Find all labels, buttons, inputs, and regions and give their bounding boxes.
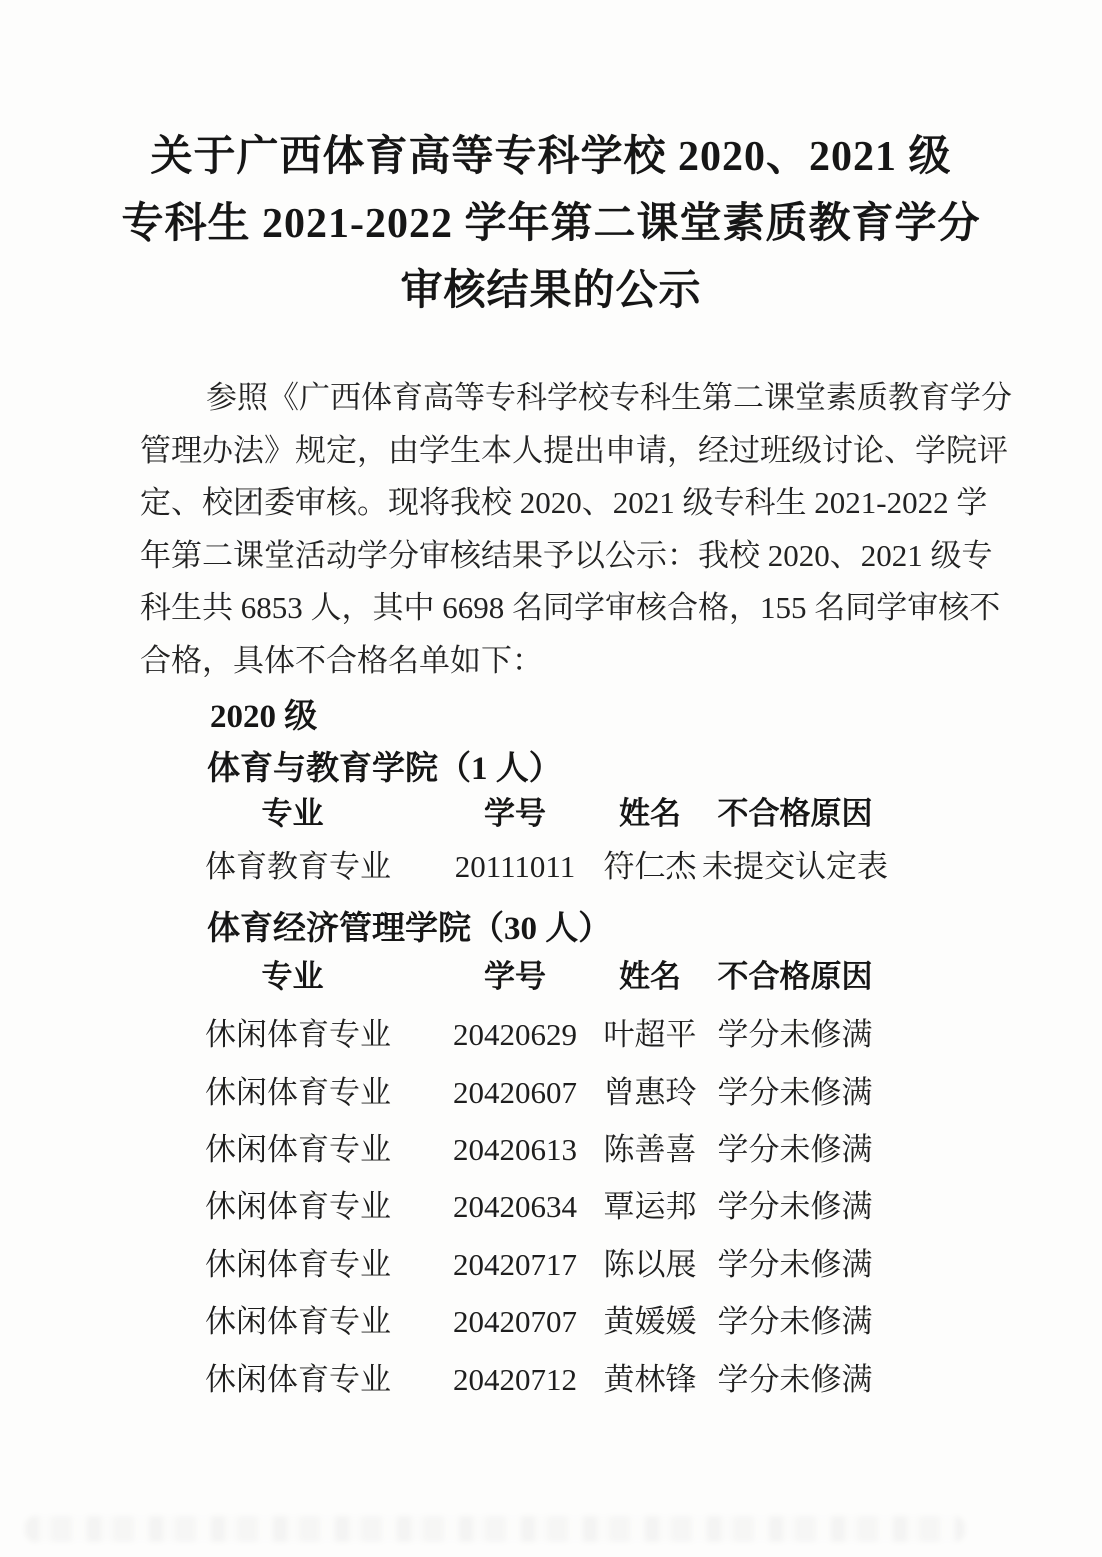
- cell-major: 休闲体育专业: [205, 1246, 430, 1284]
- cell-student-id: 20420613: [430, 1131, 600, 1169]
- table-row: 休闲体育专业 20420707 黄媛媛 学分未修满: [205, 1303, 895, 1341]
- cell-fail-reason: 学分未修满: [700, 1361, 890, 1399]
- cell-name: 黄媛媛: [600, 1303, 700, 1341]
- title-line-2: 专科生 2021-2022 学年第二课堂素质教育学分: [80, 191, 1022, 258]
- table-row: 休闲体育专业 20420717 陈以展 学分未修满: [205, 1246, 895, 1284]
- table1-header-student-id: 学号: [430, 795, 600, 833]
- cell-major: 休闲体育专业: [205, 1074, 430, 1112]
- cell-student-id: 20420607: [430, 1074, 600, 1112]
- table2-header-student-id: 学号: [430, 958, 600, 996]
- cell-major: 休闲体育专业: [205, 1303, 430, 1341]
- table1-header-name: 姓名: [600, 795, 700, 833]
- paragraph-line: 参照《广西体育高等专科学校专科生第二课堂素质教育学分: [140, 372, 985, 425]
- cell-student-id: 20111011: [430, 848, 600, 886]
- table-row: 休闲体育专业 20420607 曾惠玲 学分未修满: [205, 1074, 895, 1112]
- scan-artifact: [25, 1516, 965, 1542]
- cell-student-id: 20420717: [430, 1246, 600, 1284]
- table2-header-fail-reason: 不合格原因: [700, 958, 890, 996]
- table2-header-name: 姓名: [600, 958, 700, 996]
- paragraph-line: 定、校团委审核。现将我校 2020、2021 级专科生 2021-2022 学: [140, 477, 985, 530]
- cell-student-id: 20420629: [430, 1016, 600, 1054]
- cell-major: 休闲体育专业: [205, 1361, 430, 1399]
- table1-header-major: 专业: [205, 795, 430, 833]
- college-heading-sports-economics: 体育经济管理学院（30 人）: [207, 902, 611, 949]
- cell-student-id: 20420707: [430, 1303, 600, 1341]
- table-row: 休闲体育专业 20420629 叶超平 学分未修满: [205, 1016, 895, 1054]
- cell-major: 休闲体育专业: [205, 1131, 430, 1169]
- table1-header-row: 专业 学号 姓名 不合格原因: [205, 795, 895, 833]
- table-row: 体育教育专业 20111011 符仁杰 未提交认定表: [205, 848, 895, 886]
- cell-name: 曾惠玲: [600, 1074, 700, 1112]
- cell-fail-reason: 学分未修满: [700, 1074, 890, 1112]
- cell-name: 陈以展: [600, 1246, 700, 1284]
- cell-name: 符仁杰: [600, 848, 700, 886]
- grade-2020-heading: 2020 级: [210, 690, 317, 737]
- table2-header-major: 专业: [205, 958, 430, 996]
- cell-name: 陈善喜: [600, 1131, 700, 1169]
- cell-major: 体育教育专业: [205, 848, 430, 886]
- cell-fail-reason: 学分未修满: [700, 1246, 890, 1284]
- cell-name: 覃运邦: [600, 1188, 700, 1226]
- paragraph-line: 管理办法》规定，由学生本人提出申请，经过班级讨论、学院评: [140, 425, 985, 478]
- paragraph-line: 合格，具体不合格名单如下：: [140, 635, 985, 688]
- table1-header-fail-reason: 不合格原因: [700, 795, 890, 833]
- cell-name: 叶超平: [600, 1016, 700, 1054]
- cell-student-id: 20420634: [430, 1188, 600, 1226]
- title-line-1: 关于广西体育高等专科学校 2020、2021 级: [80, 124, 1022, 191]
- college-heading-sports-education: 体育与教育学院（1 人）: [207, 742, 562, 789]
- paragraph-line: 科生共 6853 人，其中 6698 名同学审核合格，155 名同学审核不: [140, 582, 985, 635]
- table-row: 休闲体育专业 20420712 黄林锋 学分未修满: [205, 1361, 895, 1399]
- document-title: 关于广西体育高等专科学校 2020、2021 级 专科生 2021-2022 学…: [80, 124, 1022, 325]
- cell-fail-reason: 学分未修满: [700, 1188, 890, 1226]
- cell-fail-reason: 未提交认定表: [700, 848, 890, 886]
- cell-name: 黄林锋: [600, 1361, 700, 1399]
- document-page: 关于广西体育高等专科学校 2020、2021 级 专科生 2021-2022 学…: [0, 0, 1102, 1557]
- cell-fail-reason: 学分未修满: [700, 1016, 890, 1054]
- table-row: 休闲体育专业 20420613 陈善喜 学分未修满: [205, 1131, 895, 1169]
- cell-student-id: 20420712: [430, 1361, 600, 1399]
- body-paragraph: 参照《广西体育高等专科学校专科生第二课堂素质教育学分 管理办法》规定，由学生本人…: [140, 372, 985, 687]
- cell-fail-reason: 学分未修满: [700, 1131, 890, 1169]
- cell-fail-reason: 学分未修满: [700, 1303, 890, 1341]
- table2-header-row: 专业 学号 姓名 不合格原因: [205, 958, 895, 996]
- cell-major: 休闲体育专业: [205, 1188, 430, 1226]
- paragraph-line: 年第二课堂活动学分审核结果予以公示：我校 2020、2021 级专: [140, 530, 985, 583]
- table-row: 休闲体育专业 20420634 覃运邦 学分未修满: [205, 1188, 895, 1226]
- title-line-3: 审核结果的公示: [80, 258, 1022, 325]
- cell-major: 休闲体育专业: [205, 1016, 430, 1054]
